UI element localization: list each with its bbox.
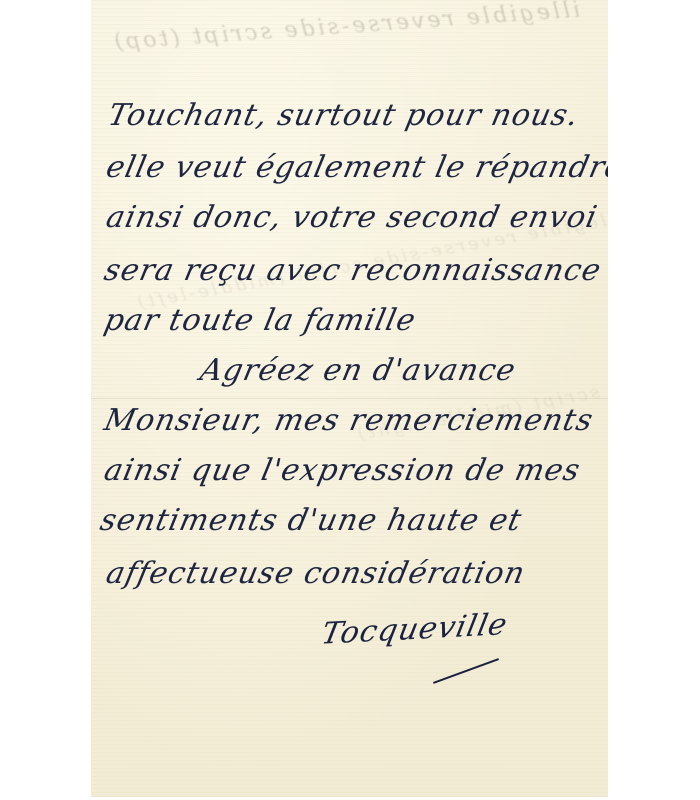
letter-page: illegible reverse-side script (top) ille… (91, 0, 608, 797)
letter-line-3: ainsi donc, votre second envoi (103, 200, 601, 235)
letter-line-5: par toute la famille (101, 303, 419, 338)
letter-line-9: sentiments d'une haute et (97, 503, 525, 538)
letter-line-8: ainsi que l'expression de mes (101, 453, 584, 488)
paper-fold-line (91, 398, 608, 399)
letter-line-7: Monsieur, mes remerciements (101, 403, 597, 438)
bleed-through-text-top: illegible reverse-side script (top) (111, 0, 581, 55)
signature: Tocqueville (318, 607, 510, 652)
letter-line-6: Agréez en d'avance (197, 353, 519, 388)
letter-line-10: affectueuse considération (103, 556, 529, 591)
letter-line-2: elle veut également le répandre, (103, 150, 608, 185)
letter-line-4: sera reçu avec reconnaissance (101, 253, 605, 288)
signature-flourish (433, 658, 499, 684)
letter-line-1: Touchant, surtout pour nous. (105, 98, 582, 133)
